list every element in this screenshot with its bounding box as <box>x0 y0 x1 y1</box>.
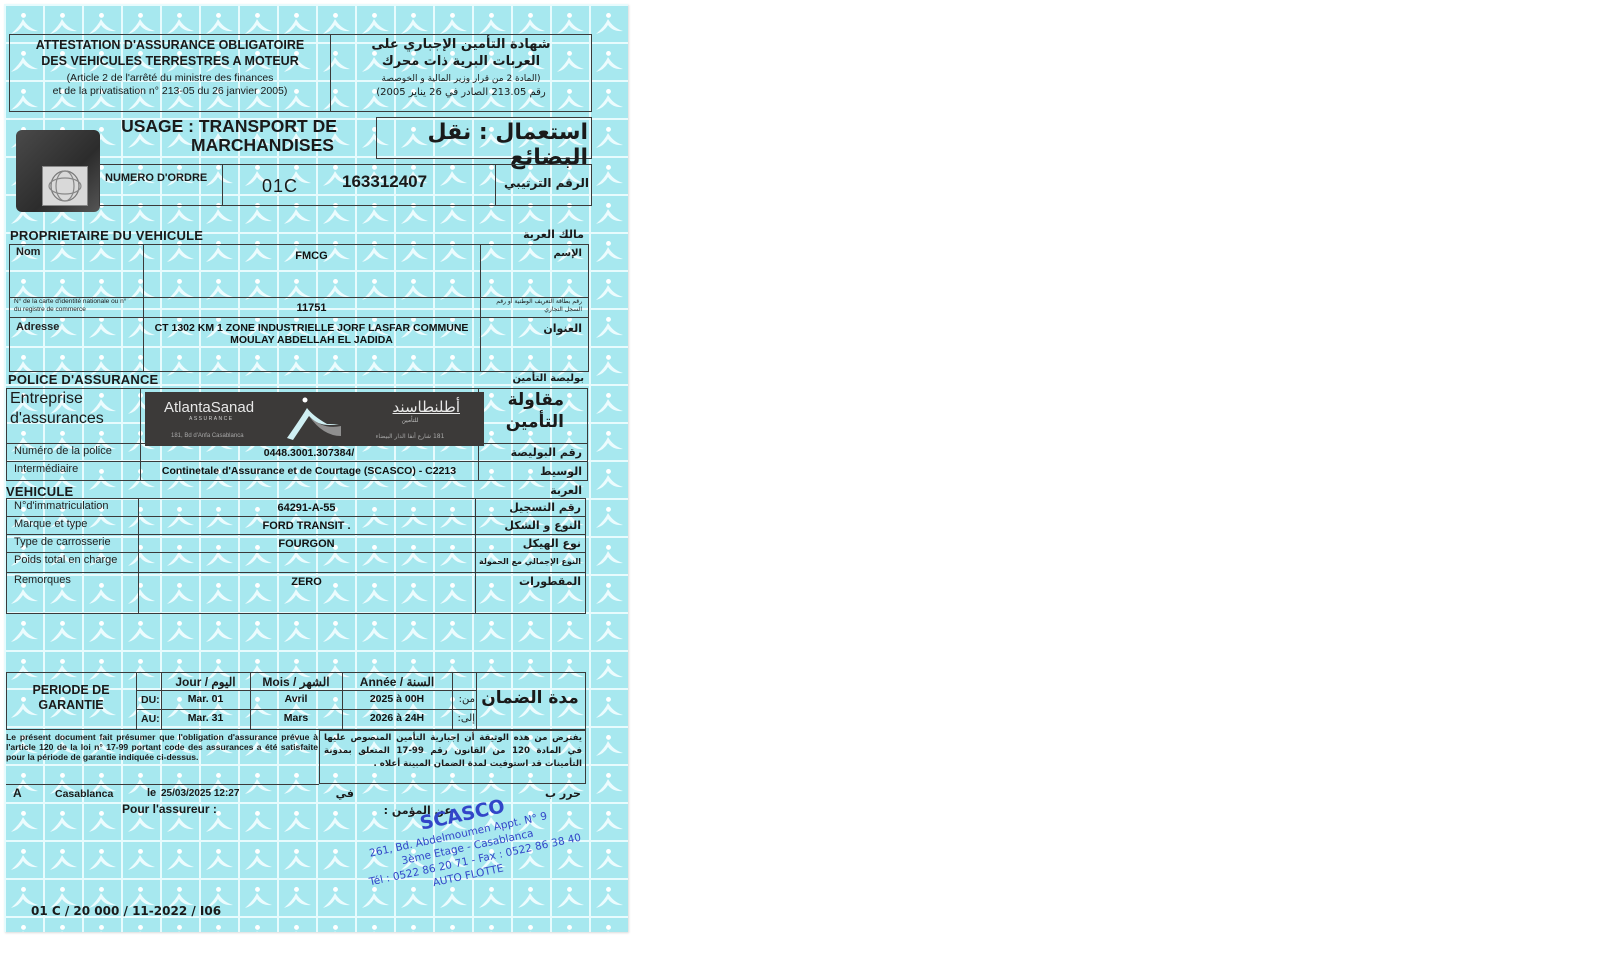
owner-address-label-ar: العنوان <box>484 322 582 335</box>
make-model-label-ar: النوع و الشكل <box>479 519 581 532</box>
form-reference-code: 01 C / 20 000 / 11-2022 / I06 <box>31 904 221 918</box>
insurer-label-fr-1: Entreprise <box>10 390 83 408</box>
trailers-label: Remorques <box>14 574 71 586</box>
policy-section-title: POLICE D'ASSURANCE <box>8 372 158 387</box>
to-label-ar: إلى: <box>453 713 475 724</box>
order-number: 163312407 <box>342 172 427 192</box>
policy-number-label: Numéro de la police <box>14 445 112 457</box>
trailers-label-ar: المقطورات <box>479 575 581 588</box>
to-label: AU: <box>141 713 160 725</box>
intermediary-label-ar: الوسيط <box>482 465 582 478</box>
divider <box>480 244 481 372</box>
owner-name-label-ar: الإسم <box>484 248 582 259</box>
issue-datetime: 25/03/2025 12:27 <box>161 788 239 799</box>
legal-text-fr: Le présent document fait présumer que l'… <box>6 732 318 762</box>
header-fr-title-2: DES VEHICULES TERRESTRES A MOTEUR <box>9 54 331 68</box>
header-ar-title-2: العربات البرية ذات محرك <box>330 54 592 69</box>
header-fr-sub-1: (Article 2 de l'arrêté du ministre des f… <box>9 72 331 84</box>
owner-address-value: CT 1302 KM 1 ZONE INDUSTRIELLE JORF LASF… <box>143 322 480 334</box>
header-ar-title-1: شهادة التأمين الإجباري على <box>330 37 592 52</box>
legal-text-ar: يفترض من هذه الوثيقة أن إجبارية التأمين … <box>324 732 582 771</box>
owner-section-title: PROPRIETAIRE DU VEHICULE <box>10 228 203 243</box>
header-fr-title-1: ATTESTATION D'ASSURANCE OBLIGATOIRE <box>9 38 331 52</box>
to-day: Mar. 31 <box>161 712 250 724</box>
registration-value: 64291-A-55 <box>138 502 475 514</box>
period-label-ar: مدة الضمان <box>480 688 580 708</box>
header-ar-sub-2: رقم 213.05 الصادر في 26 يناير 2005) <box>330 87 592 98</box>
insurer-logo-banner: AtlantaSanad ASSURANCE 181, Bd d'Anfa Ca… <box>145 392 484 446</box>
divider <box>136 709 476 710</box>
from-month: Avril <box>250 693 342 705</box>
divider <box>6 461 588 462</box>
header-ar-sub-1: (المادة 2 من قرار وزير المالية و الخوصصة <box>330 74 592 84</box>
owner-address-label: Adresse <box>16 321 59 333</box>
owner-name-label: Nom <box>16 246 40 258</box>
insurer-logo-icon <box>283 394 345 444</box>
at-label: A <box>13 786 22 800</box>
for-insurer-fr: Pour l'assureur : <box>122 802 217 816</box>
order-series: 01C <box>262 176 298 197</box>
col-day-header: Jour / اليوم <box>161 675 250 689</box>
owner-name-value: FMCG <box>143 250 480 262</box>
from-label: DU: <box>141 694 160 706</box>
divider <box>495 164 496 206</box>
insurance-certificate-card: ATTESTATION D'ASSURANCE OBLIGATOIRE DES … <box>4 4 628 932</box>
order-label-ar: الرقم الترتيبي <box>499 176 589 190</box>
security-hologram <box>16 130 100 212</box>
usage-ar: استعمال : نقل البضائع <box>376 120 588 170</box>
intermediary-value: Continetale d'Assurance et de Courtage (… <box>140 465 478 477</box>
insurer-addr-ar: 181 شارع أنفا الدار البيضاء <box>365 433 455 440</box>
owner-id-label-ar: رقم بطاقة التعريف الوطنية أو رقم السجل ا… <box>484 298 582 314</box>
made-at-ar: حرر ب <box>534 787 581 800</box>
divider <box>6 552 586 553</box>
owner-section-title-ar: مالك العربة <box>484 228 584 241</box>
body-type-label-ar: نوع الهيكل <box>479 537 581 550</box>
owner-id-label: N° de la carte d'identité nationale ou n… <box>14 298 132 314</box>
gross-weight-label-ar: النوع الإجمالي مع الحمولة <box>479 557 581 566</box>
col-year-header: Année / السنة <box>342 675 452 689</box>
to-year: 2026 à 24H <box>342 712 452 724</box>
divider <box>6 534 586 535</box>
insurer-label-ar-1: مقاولة <box>484 390 564 410</box>
owner-id-value: 11751 <box>143 302 480 314</box>
make-model-value: FORD TRANSIT . <box>138 520 475 532</box>
insurer-name-latin: AtlantaSanad <box>164 399 254 416</box>
from-year: 2025 à 00H <box>342 693 452 705</box>
gross-weight-label: Poids total en charge <box>14 554 117 566</box>
divider <box>136 690 476 691</box>
at-label-ar: في <box>334 787 354 800</box>
insurer-sub-ar: للتأمين <box>375 417 445 424</box>
policy-section-title-ar: بوليصة التأمين <box>484 373 584 384</box>
divider <box>6 784 319 785</box>
period-label-fr-1: PERIODE DE <box>6 683 136 697</box>
usage-fr-1: USAGE : TRANSPORT DE <box>99 116 359 137</box>
order-label-fr: NUMERO D'ORDRE <box>105 172 207 184</box>
divider <box>9 317 589 318</box>
from-day: Mar. 01 <box>161 693 250 705</box>
to-month: Mars <box>250 712 342 724</box>
from-label-ar: من: <box>453 694 475 705</box>
vehicle-section-title: VEHICULE <box>6 484 73 499</box>
policy-number-value: 0448.3001.307384/ <box>140 447 478 459</box>
make-model-label: Marque et type <box>14 518 87 530</box>
divider <box>476 672 477 730</box>
insurer-label-fr-2: d'assurances <box>10 410 104 428</box>
divider <box>6 572 586 573</box>
insurer-label-ar-2: التأمين <box>484 412 564 432</box>
intermediary-label: Intermédiaire <box>14 463 78 475</box>
registration-label-ar: رقم التسجيل <box>479 501 581 514</box>
owner-address-value-2: MOULAY ABDELLAH EL JADIDA <box>143 334 480 346</box>
insurer-addr-latin: 181, Bd d'Anfa Casablanca <box>171 433 244 439</box>
trailers-value: ZERO <box>138 576 475 588</box>
date-label: le <box>147 787 156 799</box>
body-type-value: FOURGON <box>138 538 475 550</box>
insurer-name-ar: أطلنطاسند <box>350 398 460 416</box>
policy-number-label-ar: رقم البوليصة <box>482 446 582 459</box>
body-type-label: Type de carrosserie <box>14 536 111 548</box>
header-fr-sub-2: et de la privatisation n° 213-05 du 26 j… <box>9 85 331 97</box>
insurer-sub-latin: ASSURANCE <box>189 416 234 422</box>
vehicle-section-title-ar: العربة <box>484 484 582 497</box>
period-label-fr-2: GARANTIE <box>6 698 136 712</box>
city: Casablanca <box>55 788 113 800</box>
divider <box>6 516 586 517</box>
divider <box>136 672 137 730</box>
divider <box>222 164 223 206</box>
col-month-header: Mois / الشهر <box>250 675 342 689</box>
registration-label: N°d'immatriculation <box>14 500 109 512</box>
usage-fr-2: MARCHANDISES <box>191 135 334 156</box>
hologram-emblem-icon <box>42 166 88 206</box>
